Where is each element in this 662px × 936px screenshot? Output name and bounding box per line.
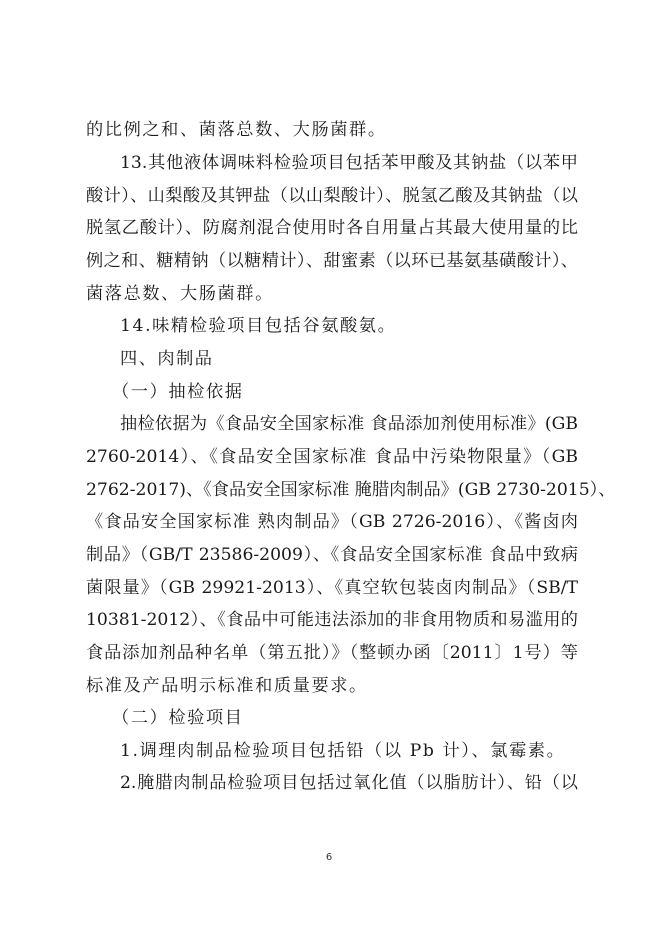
paragraph-line: 酸计）、山梨酸及其钾盐（以山梨酸计）、脱氢乙酸及其钠盐（以 [86, 180, 578, 212]
paragraph-line: 《食品安全国家标准 熟肉制品》（GB 2726-2016）、《酱卤肉 [86, 506, 578, 538]
page-number: 6 [322, 852, 336, 863]
document-page: 的比例之和、菌落总数、大肠菌群。 13.其他液体调味料检验项目包括苯甲酸及其钠盐… [0, 0, 662, 936]
paragraph-line: 菌落总数、大肠菌群。 [86, 278, 578, 310]
paragraph-line: 14.味精检验项目包括谷氨酸氨。 [120, 310, 612, 342]
paragraph-line: 10381-2012）、《食品中可能违法添加的非食用物质和易滥用的 [86, 604, 578, 636]
subsection-heading: （二）检验项目 [112, 702, 604, 734]
paragraph-line: 标准及产品明示标准和质量要求。 [86, 670, 578, 702]
paragraph-line: 例之和、糖精钠（以糖精计）、甜蜜素（以环已基氨基磺酸计）、 [86, 245, 578, 277]
paragraph-line: 脱氢乙酸计）、防腐剂混合使用时各自用量占其最大使用量的比 [86, 212, 578, 244]
paragraph-line: 制品》（GB/T 23586-2009）、《食品安全国家标准 食品中致病 [86, 539, 578, 571]
paragraph-line: 2762-2017)、《食品安全国家标准 腌腊肉制品》(GB 2730-2015… [86, 474, 578, 506]
subsection-heading: （一）抽检依据 [112, 376, 604, 408]
paragraph-line: 13.其他液体调味料检验项目包括苯甲酸及其钠盐（以苯甲 [120, 147, 578, 179]
paragraph-line: 的比例之和、菌落总数、大肠菌群。 [86, 114, 578, 146]
paragraph-line: 2.腌腊肉制品检验项目包括过氧化值（以脂肪计）、铅（以 [120, 767, 578, 799]
paragraph-line: 抽检依据为《食品安全国家标准 食品添加剂使用标准》(GB [120, 408, 578, 440]
paragraph-line: 食品添加剂品种名单（第五批）》（整顿办函〔2011〕1号）等 [86, 637, 578, 669]
section-heading: 四、肉制品 [120, 343, 612, 375]
paragraph-line: 2760-2014）、《食品安全国家标准 食品中污染物限量》（GB [86, 441, 578, 473]
paragraph-line: 菌限量》（GB 29921-2013）、《真空软包装卤肉制品》（SB/T [86, 572, 578, 604]
paragraph-line: 1.调理肉制品检验项目包括铅（以 Pb 计）、氯霉素。 [120, 735, 612, 767]
